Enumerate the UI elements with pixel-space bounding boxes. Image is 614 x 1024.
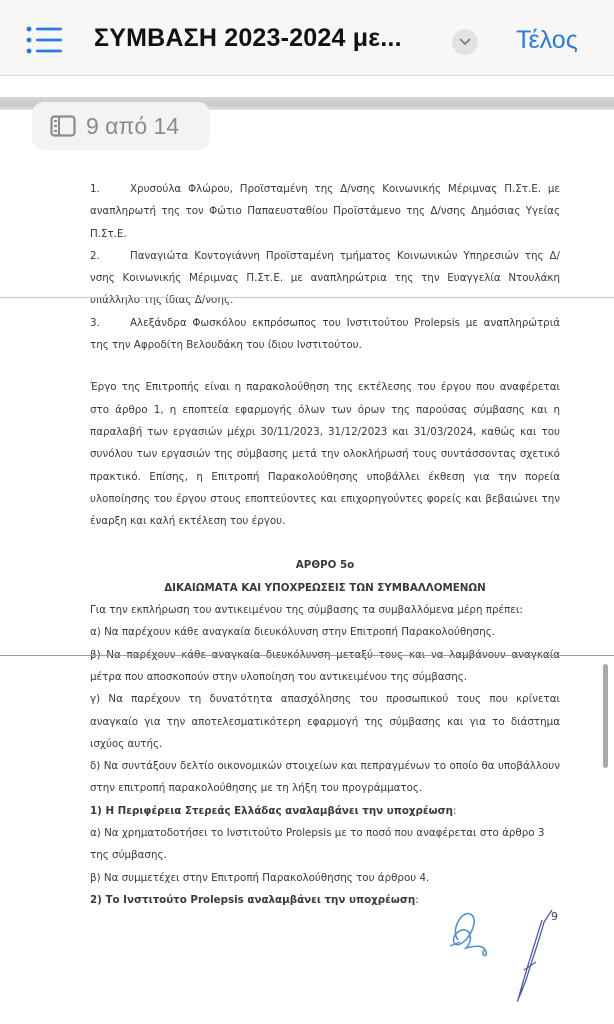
vertical-scrollbar[interactable]: [603, 664, 608, 768]
sidebar-icon: [50, 115, 76, 137]
region-item: α) Να χρηματοδοτήσει το Ινστιτούτο Prole…: [90, 822, 560, 867]
title-menu-button[interactable]: [452, 29, 478, 55]
obligation-item: γ) Να παρέχουν τη δυνατότητα απασχόλησης…: [90, 688, 560, 755]
committee-paragraph: Έργο της Επιτροπής είναι η παρακολούθηση…: [90, 376, 560, 532]
list-icon: [26, 26, 64, 54]
region-item: β) Να συμμετέχει στην Επιτροπή Παρακολού…: [90, 867, 560, 889]
outline-list-button[interactable]: [26, 26, 64, 54]
signature-image: [440, 900, 610, 1020]
done-button[interactable]: Τέλος: [516, 26, 578, 55]
page-gap: [0, 77, 614, 97]
obligation-item: δ) Να συντάξουν δελτίο οικονομικών στοιχ…: [90, 755, 560, 800]
document-text: 1.Χρυσούλα Φλώρου, Προϊσταμένη της Δ/νση…: [90, 178, 560, 911]
article-subtitle: ΔΙΚΑΙΩΜΑΤΑ ΚΑΙ ΥΠΟΧΡΕΩΣΕΙΣ ΤΩΝ ΣΥΜΒΑΛΛΟΜ…: [90, 577, 560, 599]
page-crease-line: [0, 297, 614, 298]
document-title[interactable]: ΣΥΜΒΑΣΗ 2023-2024 με...: [94, 24, 402, 53]
obligation-item: α) Να παρέχουν κάθε αναγκαία διευκόλυνση…: [90, 621, 560, 643]
member-item: 2.Παναγιώτα Κοντογιάννη Προϊσταμένη τμήμ…: [90, 245, 560, 312]
page-crease-line: [0, 655, 614, 656]
navigation-bar: ΣΥΜΒΑΣΗ 2023-2024 με... Τέλος: [0, 0, 614, 76]
page-indicator[interactable]: 9 από 14: [32, 102, 210, 150]
page-indicator-label: 9 από 14: [86, 113, 179, 140]
article-title: ΑΡΘΡΟ 5ο: [90, 554, 560, 576]
region-heading: 1) Η Περιφέρεια Στερεάς Ελλάδας αναλαμβά…: [90, 800, 560, 822]
article-intro: Για την εκπλήρωση του αντικειμένου της σ…: [90, 599, 560, 621]
member-item: 1.Χρυσούλα Φλώρου, Προϊσταμένη της Δ/νση…: [90, 178, 560, 245]
member-item: 3.Αλεξάνδρα Φωσκόλου εκπρόσωπος του Ινστ…: [90, 312, 560, 357]
obligation-item: β) Να παρέχουν κάθε αναγκαία διευκόλυνση…: [90, 644, 560, 689]
chevron-down-icon: [459, 38, 471, 46]
